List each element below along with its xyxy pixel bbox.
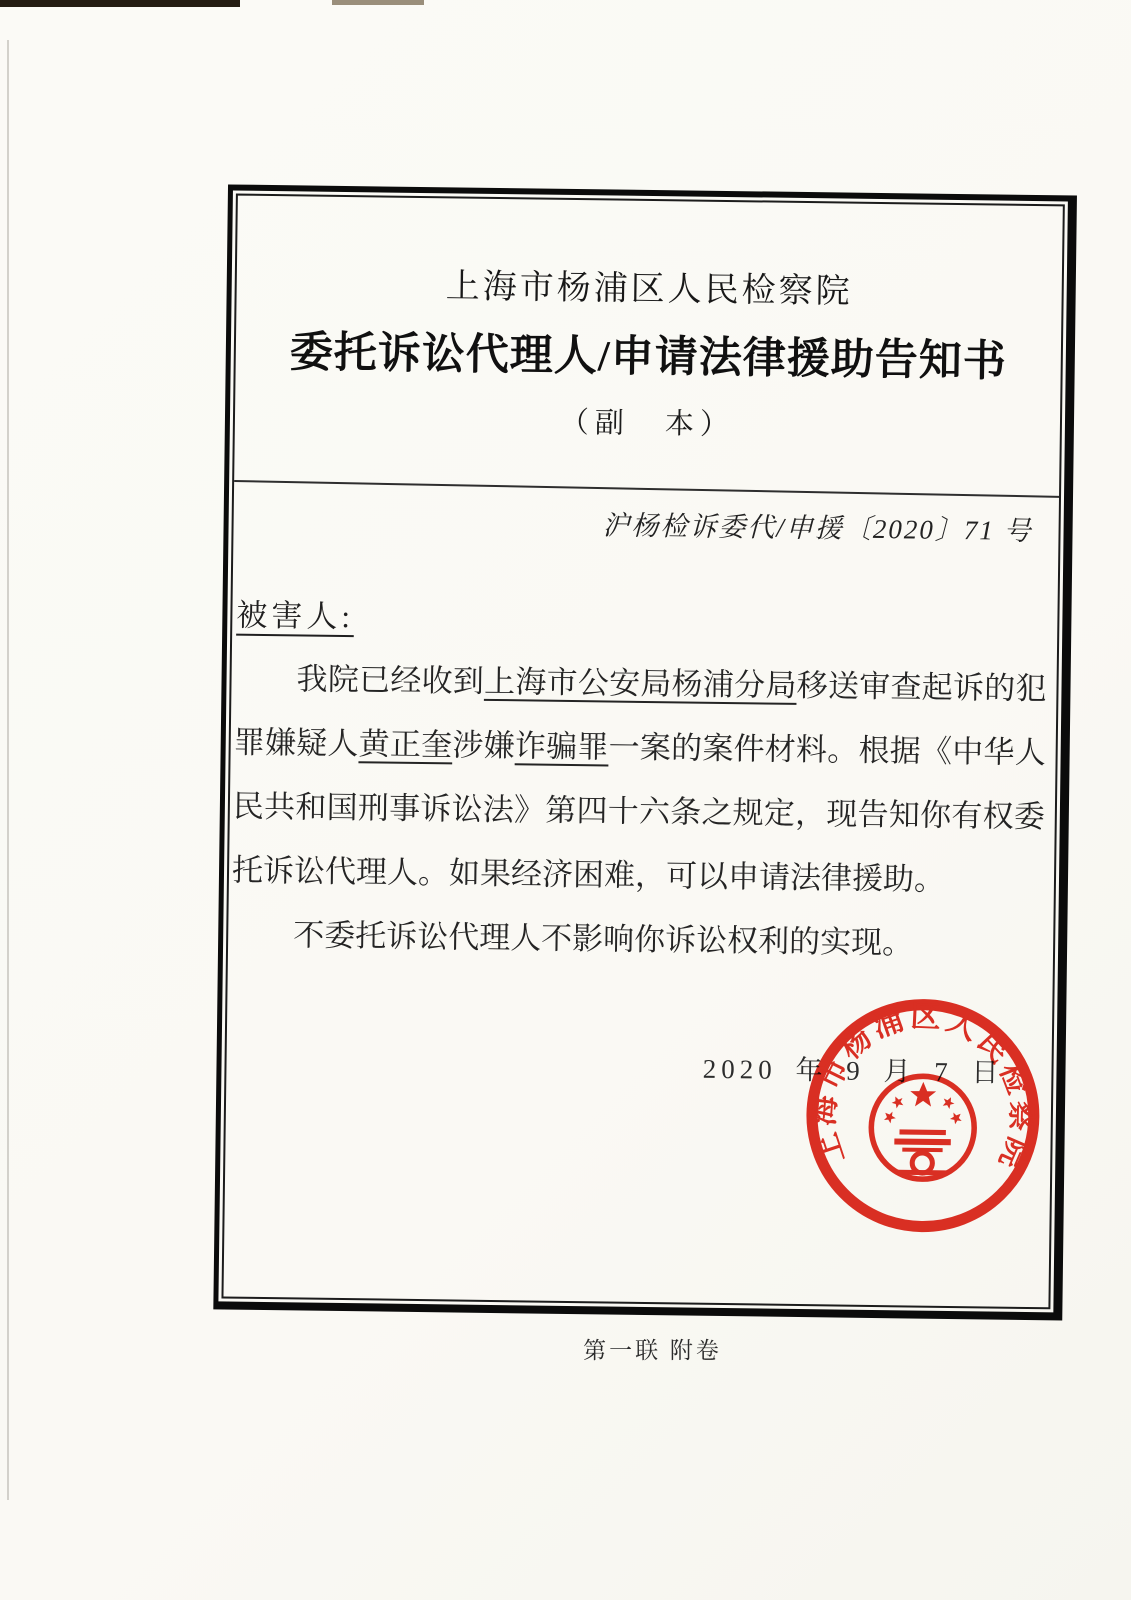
- scan-artifact-left-edge: [7, 40, 9, 1500]
- organization-title: 上海市杨浦区人民检察院: [236, 256, 1062, 316]
- salutation-victim: 被害人:: [232, 590, 354, 637]
- scan-artifact-top-left: [0, 0, 240, 7]
- underlined-police-bureau: 上海市公安局杨浦分局: [484, 664, 797, 703]
- document-title: 委托诉讼代理人/申请法律援助告知书: [235, 318, 1061, 390]
- underlined-crime-charge: 诈骗罪: [515, 728, 609, 764]
- document-body: 我院已经收到上海市公安局杨浦分局移送审查起诉的犯罪嫌疑人黄正奎涉嫌诈骗罪一案的案…: [228, 647, 1057, 978]
- national-emblem-icon: [871, 1076, 975, 1180]
- scanned-document-page: 上海市杨浦区人民检察院 委托诉讼代理人/申请法律援助告知书 （副 本） 沪杨检诉…: [0, 0, 1131, 1600]
- copy-sheet-footer: 第一联 附卷: [228, 1332, 1077, 1365]
- document-border-frame: 上海市杨浦区人民检察院 委托诉讼代理人/申请法律援助告知书 （副 本） 沪杨检诉…: [213, 184, 1077, 1320]
- underlined-suspect-name: 黄正奎: [358, 726, 452, 762]
- body-paragraph-2: 不委托诉讼代理人不影响你诉讼权利的实现。: [231, 903, 1044, 978]
- header-separator-rule: [234, 480, 1059, 498]
- body-segment: 涉嫌: [452, 727, 515, 763]
- official-seal: 上海市杨浦区人民检察院: [800, 993, 1045, 1238]
- document-number: 沪杨检诉委代/申援〔2020〕71 号: [233, 499, 1058, 549]
- scan-artifact-top-right: [332, 0, 424, 5]
- document-inner-frame: 上海市杨浦区人民检察院 委托诉讼代理人/申请法律援助告知书 （副 本） 沪杨检诉…: [221, 194, 1064, 1310]
- copy-label: （副 本）: [235, 396, 1060, 448]
- body-paragraph-1: 我院已经收到上海市公安局杨浦分局移送审查起诉的犯罪嫌疑人黄正奎涉嫌诈骗罪一案的案…: [232, 647, 1047, 914]
- body-segment: 我院已经收到: [296, 661, 484, 698]
